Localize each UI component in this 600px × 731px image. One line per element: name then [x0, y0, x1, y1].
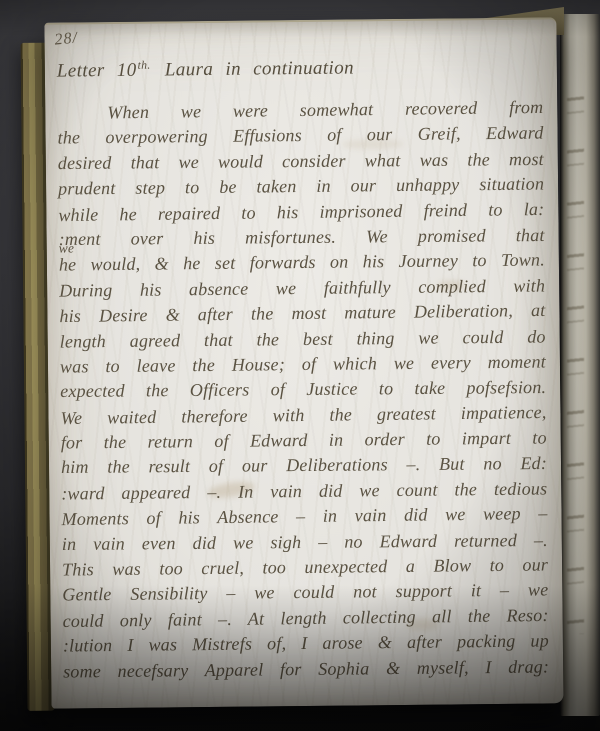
heading-superscript: th.	[138, 60, 151, 72]
photo-backdrop: 28/ Letter 10th. Laura in continuation W…	[0, 0, 600, 731]
letter-heading: Letter 10th. Laura in continuation	[57, 57, 354, 82]
manuscript-body: When we were somewhat recovered from the…	[57, 95, 549, 684]
heading-text-pre: Letter 10	[57, 60, 137, 82]
manuscript-line: in vain even did we sigh – no Edward ret…	[62, 528, 548, 557]
open-book: 28/ Letter 10th. Laura in continuation W…	[20, 17, 589, 719]
manuscript-line-text: he would, & he set forwards on his Journ…	[59, 250, 545, 275]
manuscript-page: 28/ Letter 10th. Laura in continuation W…	[44, 17, 563, 708]
manuscript-line: him the result of our Deliberations –. B…	[61, 451, 547, 480]
manuscript-line: desired that we would consider what was …	[58, 147, 544, 176]
manuscript-line: some necefsary Apparel for Sophia & myse…	[63, 654, 549, 684]
manuscript-line: wehe would, & he set forwards on his Jou…	[59, 248, 545, 278]
folio-number: 28/	[54, 29, 79, 49]
heading-text-post: Laura in continuation	[153, 57, 355, 80]
interline-insertion: we	[59, 242, 75, 255]
